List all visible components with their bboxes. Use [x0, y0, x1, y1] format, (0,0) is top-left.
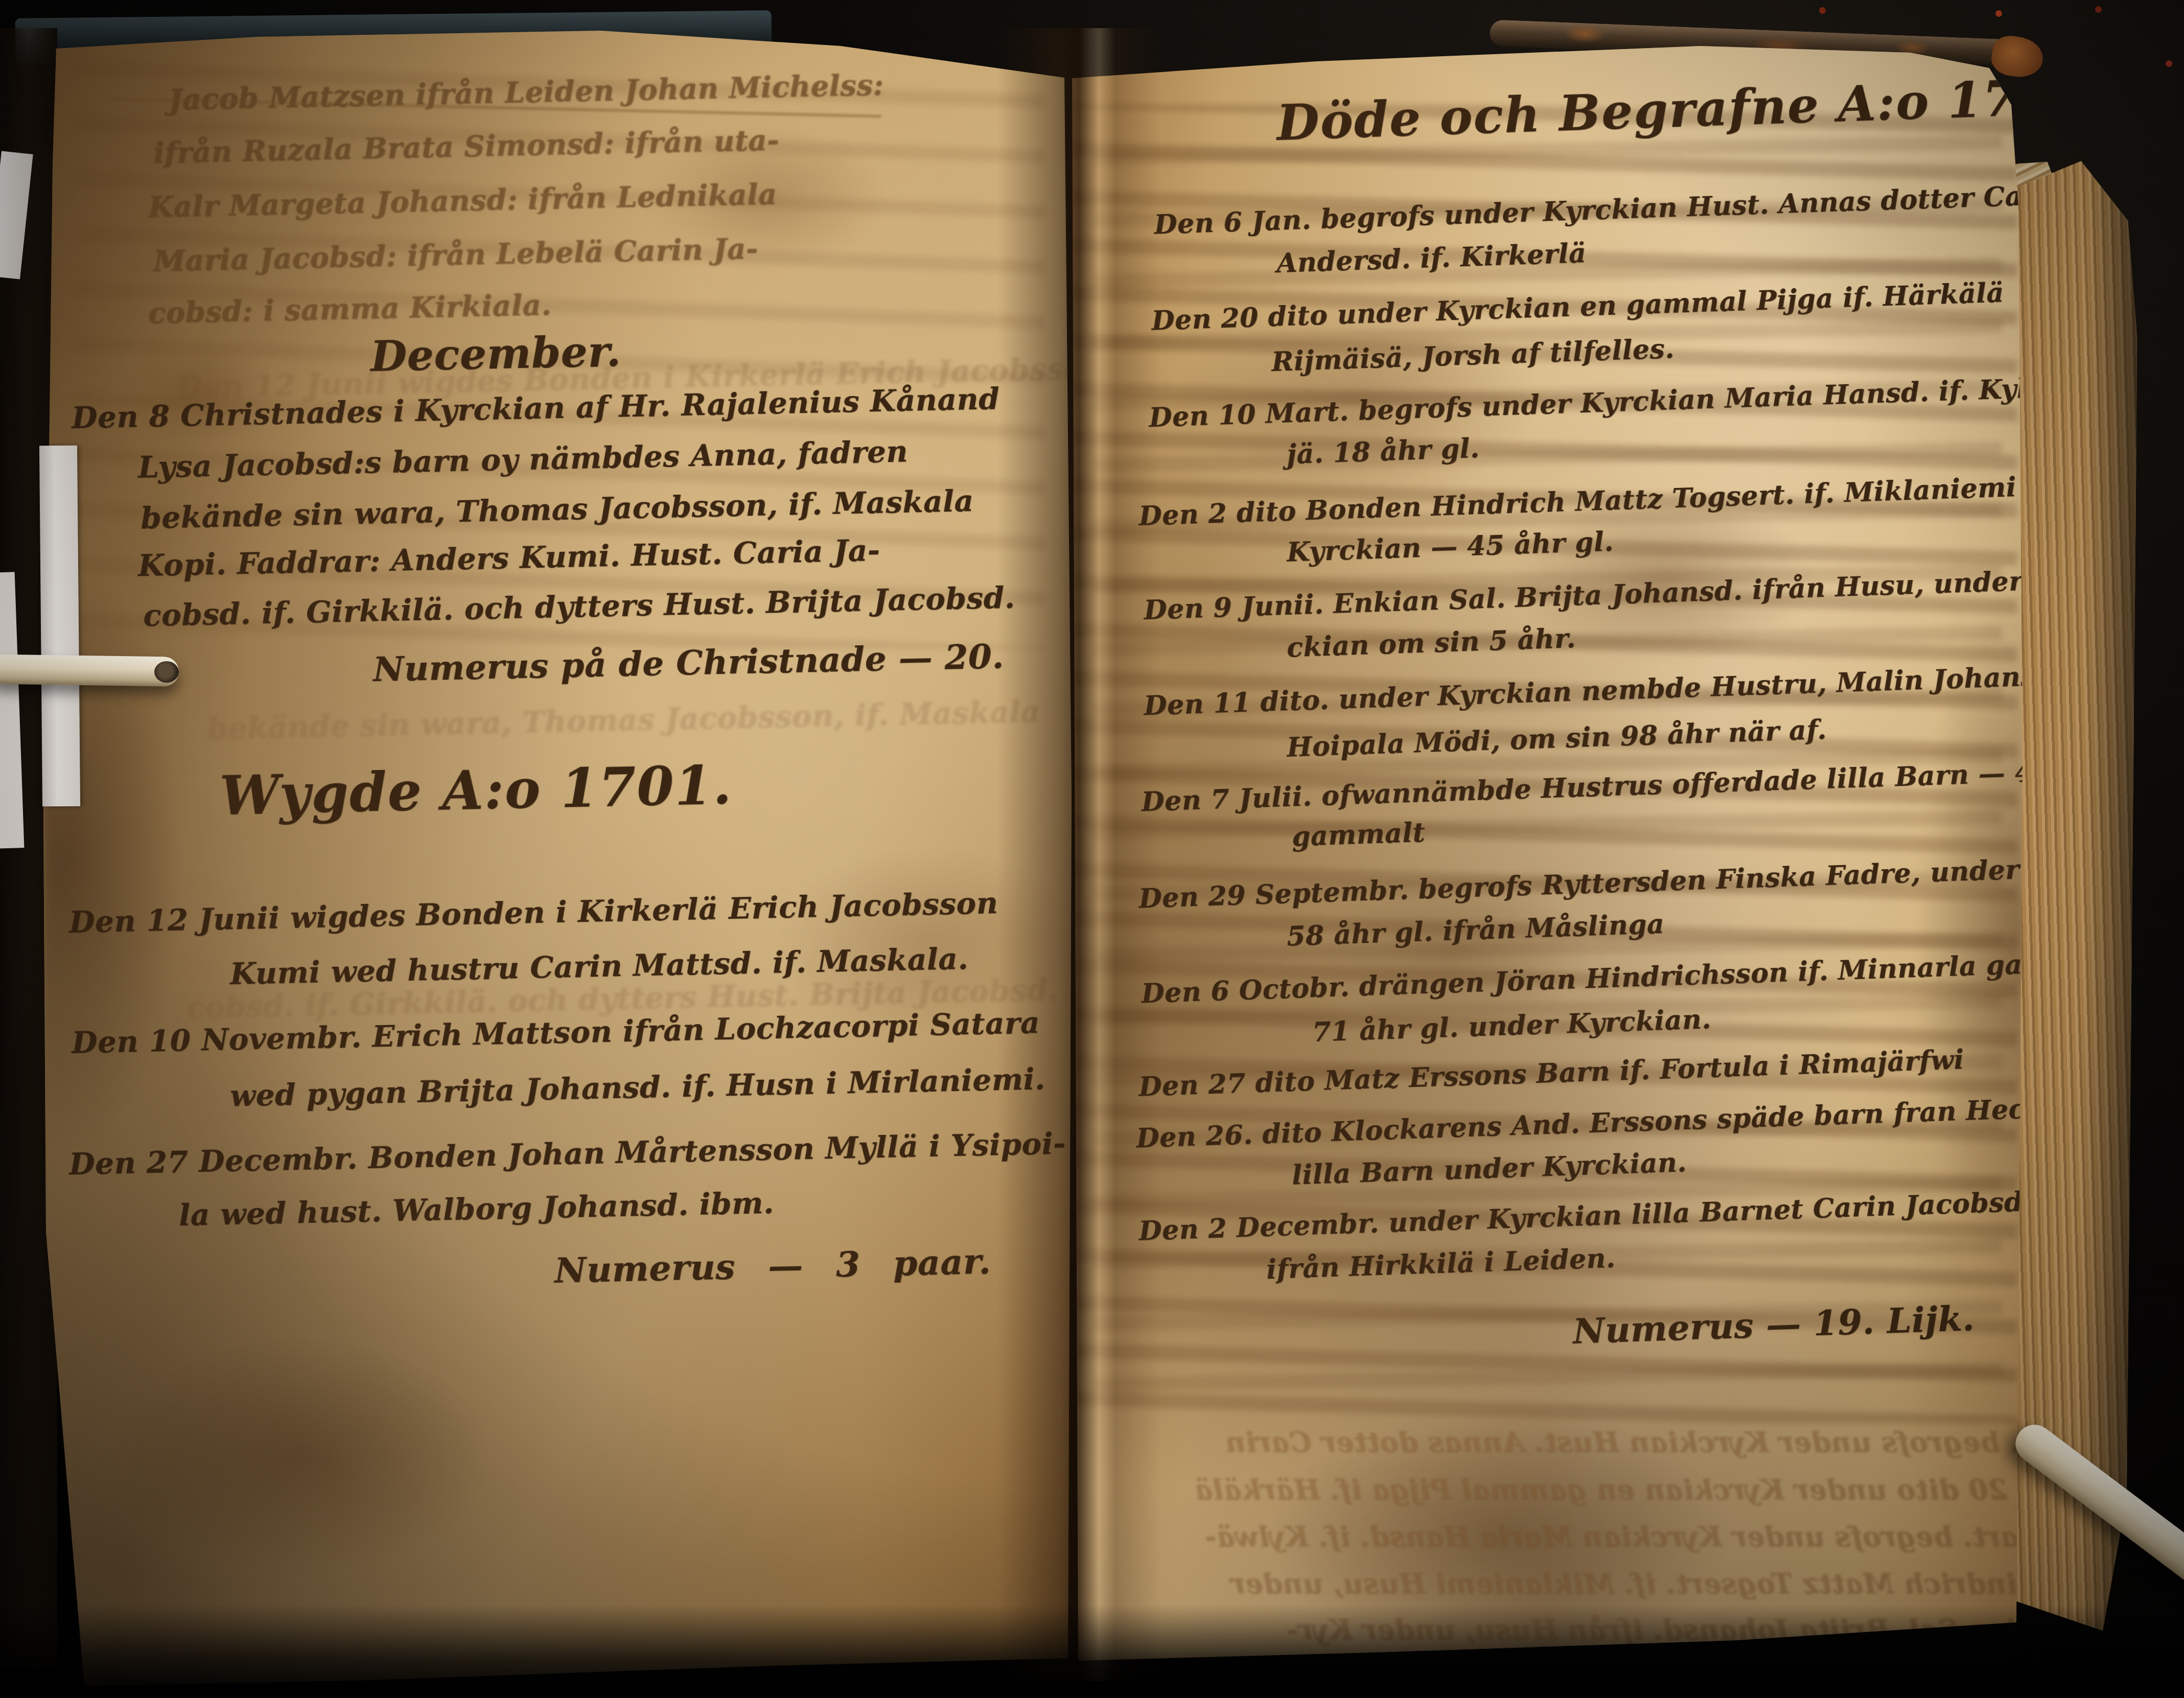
burial-entry-line: jä. 18 åhr gl. [1286, 433, 1480, 470]
burial-entry-line: ckian om sin 5 åhr. [1286, 623, 1576, 664]
numerus-christened-line: Numerus på de Christnade — 20. [373, 636, 1004, 689]
burial-entry-line: lilla Barn under Kyrckian. [1291, 1147, 1687, 1191]
burial-entry-line: Den 2 Decembr. under Kyrckian lilla Barn… [1138, 1186, 2025, 1247]
christening-entry-line: cobsd. if. Girkkilä. och dytters Hust. B… [143, 580, 1015, 633]
wedded-heading: Wygde A:o 1701. [219, 754, 733, 827]
red-speck [2095, 6, 2102, 13]
burial-entry-line: Den 6 Jan. begrofs under Kyrckian Hust. … [1153, 179, 2025, 240]
burial-entry-line: Den 20 dito under Kyrckian en gammal Pij… [1151, 277, 2004, 336]
burial-entry-line: 71 åhr gl. under Kyrckian. [1312, 1004, 1711, 1048]
ghost-line: Kalr Margeta Johansd: ifrån Lednikala [148, 177, 777, 224]
red-speck [1995, 10, 2002, 17]
ghost-line: Maria Jacobsd: ifrån Lebelä Carin Ja- [153, 232, 758, 278]
marriage-entry-line: wed pygan Brijta Johansd. if. Husn i Mir… [229, 1061, 1045, 1113]
mirrored-bleed-line: Den 6 Jan. begrofs under Kyrckian Hust. … [1225, 1426, 2025, 1458]
burial-entry-line: Den 2 dito Bonden Hindrich Mattz Togsert… [1139, 465, 2025, 532]
left-page: Jacob Matzsen ifrån Leiden Johan Michels… [43, 31, 1073, 1689]
rusty-rod-tip [1989, 33, 2046, 80]
burial-entry-line: Hoipala Mödi, om sin 98 åhr när af. [1286, 714, 1827, 763]
ghost-line: ifrån Ruzala Brata Simonsd: ifrån uta- [153, 123, 779, 170]
mirrored-bleed-line: Den 10 Mart. begrofs under Kyrckian Mari… [1205, 1520, 2025, 1553]
bookmark-strip-long [39, 446, 80, 807]
christening-entry-line: Lysa Jacobsd:s barn oy nämbdes Anna, fad… [137, 434, 908, 485]
burial-entry-line: 58 åhr gl. ifrån Måslinga [1286, 909, 1665, 952]
mirrored-bleed-line: Den 20 dito under Kyrckian en gammal Pij… [1195, 1473, 2025, 1506]
mirrored-bleed-line: Den 9 Junii. Enkian Sal. Brijta Johansd.… [1287, 1613, 2025, 1646]
burial-entry-line: gammalt [1291, 817, 1426, 853]
burial-entry-line: Kyrckian — 45 åhr gl. [1286, 526, 1614, 568]
numerus-wedded-line: Numerus — 3 paar. [554, 1241, 991, 1291]
bleed-through-line: bekände sin wara, Thomas Jacobsson, if. … [206, 694, 1040, 746]
burial-entry-line: Den 11 dito. under Kyrckian nembde Hustr… [1144, 659, 2025, 722]
stain-overlay [43, 31, 1073, 1689]
numerus-burials-line: Numerus — 19. Lijk. [1572, 1298, 1975, 1352]
burial-entry-line: Den 6 Octobr. drängen Jöran Hindrichsson… [1141, 946, 2025, 1010]
mirrored-bleed-line: Den 2 dito Bonden Hindrich Mattz Togsert… [1230, 1567, 2025, 1600]
burial-entry-line: Den 29 Septembr. begrofs Ryttersden Fins… [1139, 849, 2025, 914]
red-speck [1819, 7, 1826, 14]
christening-entry-line: bekände sin wara, Thomas Jacobsson, if. … [140, 483, 974, 536]
red-speck [2166, 60, 2172, 67]
burial-entry-line: Andersd. if. Kirkerlä [1276, 238, 1587, 279]
quill-pen-left-tip [154, 661, 179, 683]
christening-entry-line: Kopi. Faddrar: Anders Kumi. Hust. Caria … [137, 533, 880, 583]
burial-entry-line: Den 7 Julii. ofwannämbde Hustrus offerda… [1141, 754, 2025, 818]
burial-entry-line: Den 10 Mart. begrofs under Kyrckian Mari… [1148, 371, 2025, 433]
ghost-line: cobsd: i samma Kirkiala. [148, 288, 551, 331]
marriage-entry-line: la wed hust. Walborg Johansd. ibm. [178, 1185, 774, 1232]
quill-pen-left [0, 654, 179, 686]
marriage-entry-line: Den 27 Decembr. Bonden Johan Mårtensson … [69, 1126, 1066, 1182]
photo-of-church-book: Jacob Matzsen ifrån Leiden Johan Michels… [0, 0, 2184, 1698]
right-page: Döde och Begrafne A:o 1701. Den 6 Jan. b… [1072, 43, 2025, 1666]
burial-entry-line: Rijmäisä, Jorsh af tilfelles. [1271, 333, 1675, 378]
burials-heading: Döde och Begrafne A:o 1701. [1276, 66, 2025, 152]
marriage-entry-line: Den 12 Junii wigdes Bonden i Kirkerlä Er… [68, 886, 998, 940]
burial-entry-line: Den 27 dito Matz Erssons Barn if. Fortul… [1138, 1044, 1964, 1103]
burial-entry-line: ifrån Hirkkilä i Leiden. [1266, 1243, 1616, 1286]
burial-entry-line: Den 9 Junii. Enkian Sal. Brijta Johansd.… [1144, 563, 2025, 626]
